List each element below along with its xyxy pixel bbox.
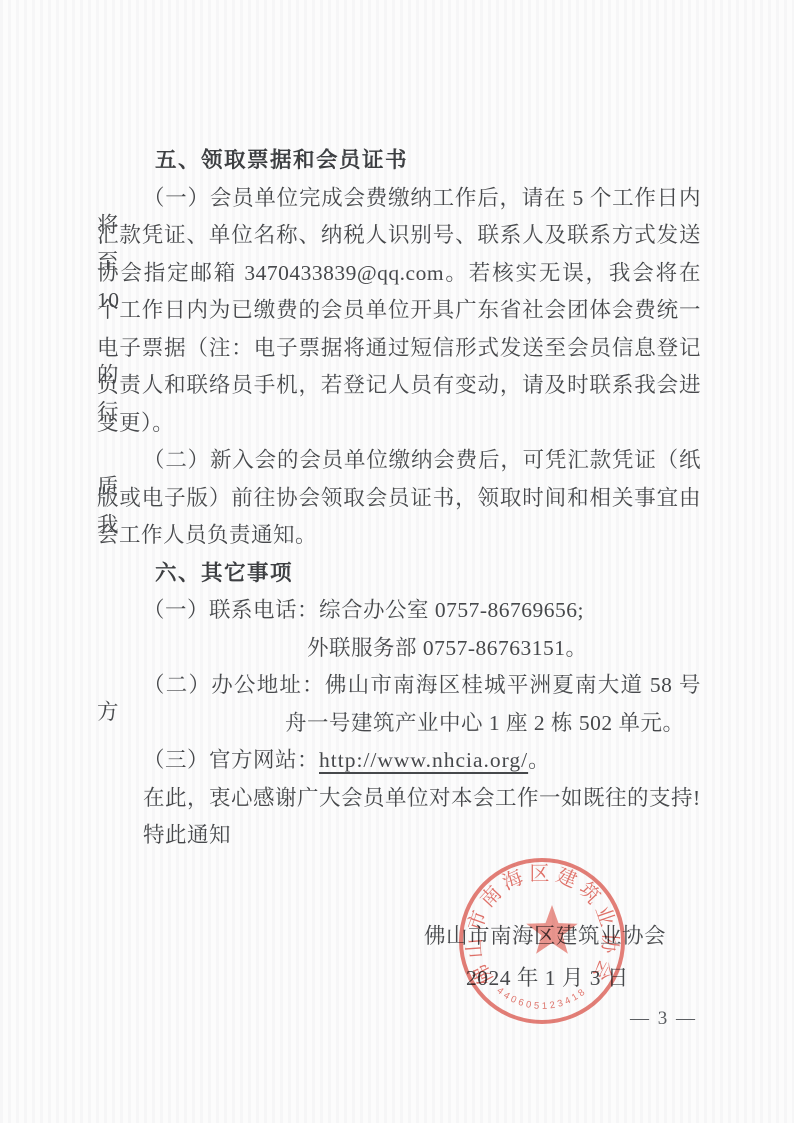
seal-serial-number: 440605123418 (495, 985, 590, 1012)
website-period: 。 (528, 748, 550, 772)
section5-para1-line4: 个工作日内为已缴费的会员单位开具广东省社会团体会费统一 (97, 297, 701, 324)
closing-notice-line: 特此通知 (97, 822, 701, 849)
website-url: http://www.nhcia.org/ (319, 748, 528, 772)
svg-text:440605123418: 440605123418 (495, 985, 590, 1012)
website-line: （三）官方网站：http://www.nhcia.org/。 (97, 747, 701, 774)
seal-star-icon (526, 905, 577, 954)
section5-para2-line3: 会工作人员负责通知。 (97, 522, 701, 549)
closing-thanks-line: 在此，衷心感谢广大会员单位对本会工作一如既往的支持! (97, 785, 701, 812)
contact-phone-line2: 外联服务部 0757-86763151。 (97, 635, 794, 662)
page-number: — 3 — (630, 1008, 697, 1030)
scanned-notice-page: 五、领取票据和会员证书 （一）会员单位完成会费缴纳工作后，请在 5 个工作日内将… (0, 0, 794, 1123)
website-label: （三）官方网站： (143, 748, 319, 772)
section5-para1-line7: 变更）。 (97, 410, 701, 437)
official-seal: 佛山市南海区建筑业协会 440605123418 (452, 851, 632, 1031)
contact-phone-line1: （一）联系电话：综合办公室 0757-86769656; (97, 597, 701, 624)
section5-heading: 五、领取票据和会员证书 (97, 147, 759, 174)
section6-heading: 六、其它事项 (97, 560, 759, 587)
office-address-line2: 舟一号建筑产业中心 1 座 2 栋 502 单元。 (97, 710, 794, 737)
